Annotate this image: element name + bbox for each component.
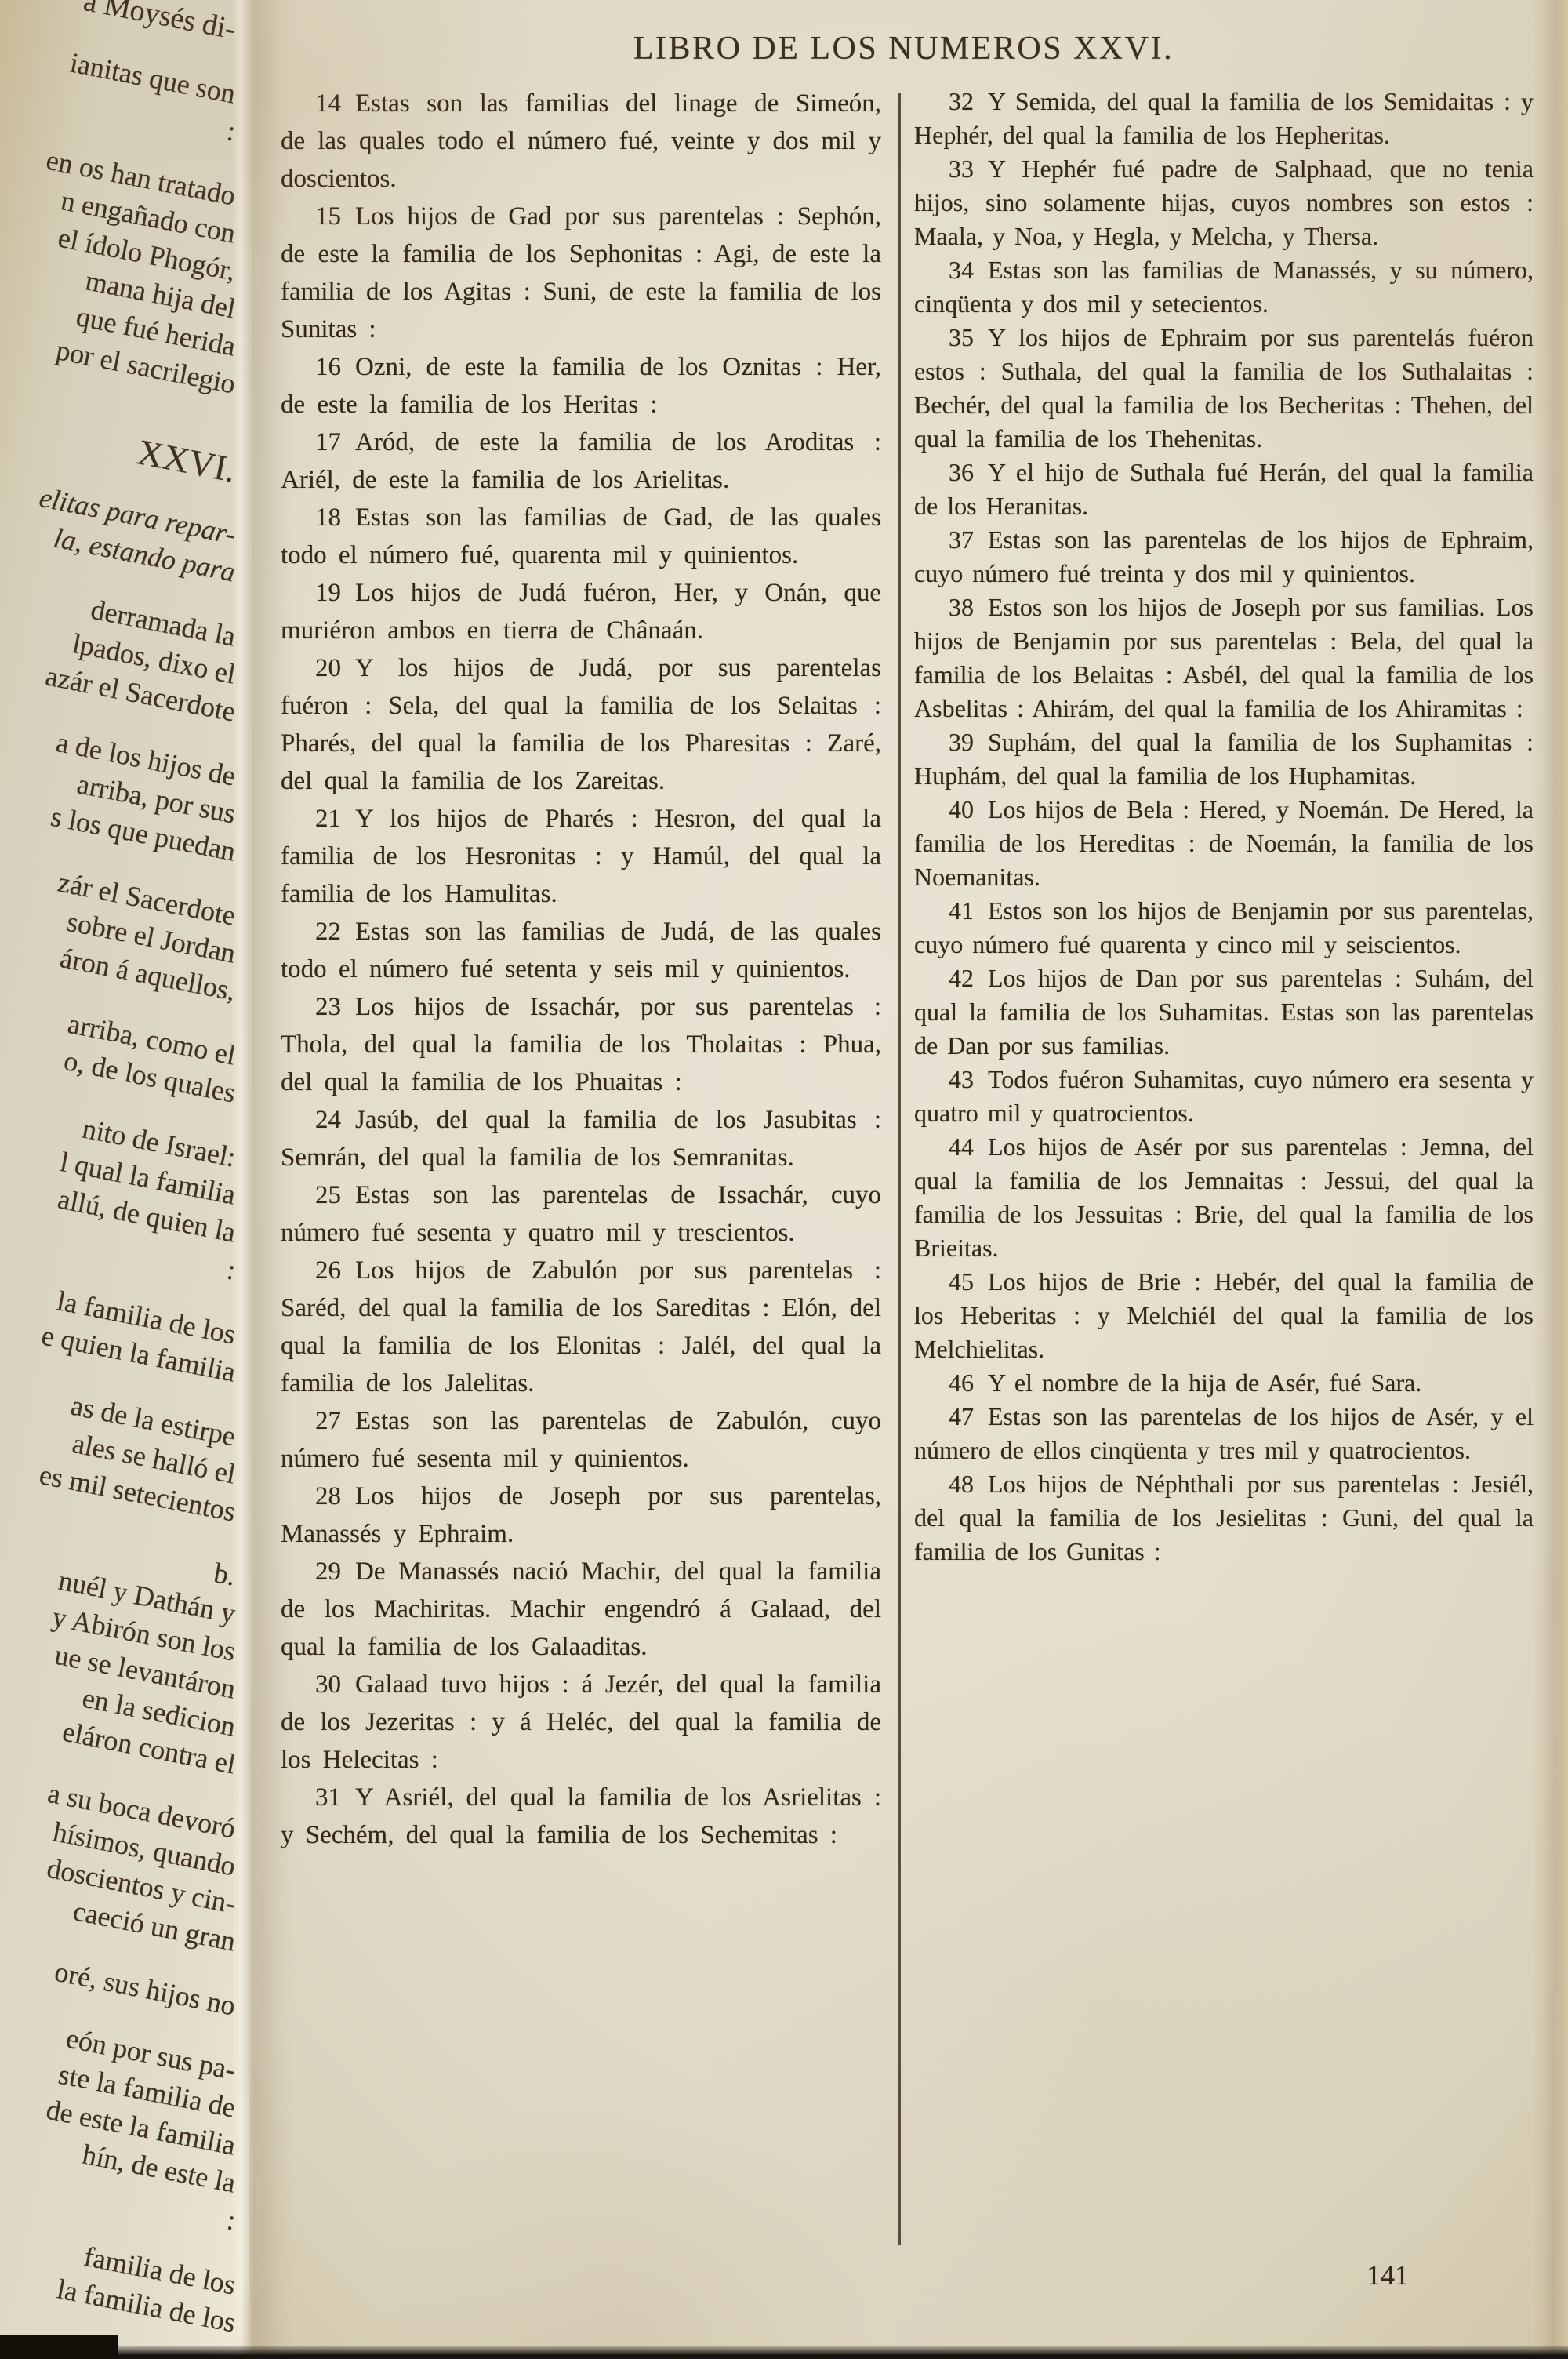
verse-number: 27 (315, 1407, 341, 1435)
verse-number: 23 (315, 993, 341, 1021)
verse: 36Y el hijo de Suthala fué Herán, del qu… (914, 456, 1534, 523)
margin-fragment-group: nito de Israel:l qual la familiaallú, de… (0, 1139, 235, 1289)
page-number: 141 (1333, 2259, 1443, 2292)
verse-number: 18 (315, 503, 341, 532)
verse: 19Los hijos de Judá fuéron, Her, y Onán,… (281, 574, 881, 649)
margin-fragment-group: b.nuél y Dathán yy Abirón son losue se l… (0, 1558, 235, 1783)
verse: 46Y el nombre de la hija de Asér, fué Sa… (914, 1366, 1534, 1400)
verse-text: Los hijos de Dan por sus parentelas : Su… (914, 964, 1534, 1060)
verse: 20Y los hijos de Judá, por sus parentela… (281, 649, 881, 800)
verse-text: Estas son las familias de Manassés, y su… (914, 256, 1534, 318)
verse-number: 46 (949, 1369, 974, 1397)
verse-text: Los hijos de Asér por sus parentelas : J… (914, 1132, 1534, 1262)
column-divider-rule (898, 93, 901, 2245)
scanned-book-page-photo: a Moysés di-ianitas que son:en os han tr… (0, 0, 1568, 2359)
running-header: LIBRO DE LOS NUMEROS XXVI. (267, 30, 1541, 67)
verse: 15Los hijos de Gad por sus parentelas : … (281, 198, 881, 348)
verse: 33Y Hephér fué padre de Salphaad, que no… (914, 152, 1534, 253)
verse-text: Los hijos de Joseph por sus parentelas, … (281, 1482, 881, 1548)
verse: 37Estas son las parentelas de los hijos … (914, 523, 1534, 591)
verse-text: Los hijos de Gad por sus parentelas : Se… (281, 202, 881, 343)
page-right-edge (1532, 0, 1568, 2359)
verse: 43Todos fuéron Suhamitas, cuyo número er… (914, 1063, 1534, 1130)
margin-fragment-group: eón por sus pa-ste la familia dede este … (0, 2052, 235, 2240)
verse-text: Aród, de este la familia de los Aroditas… (281, 428, 881, 494)
verse: 28Los hijos de Joseph por sus parentelas… (281, 1478, 881, 1553)
margin-fragment-group: familia de losla familia de los (0, 2266, 235, 2342)
verse: 29De Manassés nació Machir, del qual la … (281, 1553, 881, 1666)
verse-number: 29 (315, 1558, 341, 1586)
text-column-right: 32Y Semida, del qual la familia de los S… (914, 85, 1534, 1568)
verse-number: 34 (949, 256, 974, 284)
verse: 35Y los hijos de Ephraim por sus parente… (914, 321, 1534, 456)
previous-page-text-fragments: a Moysés di-ianitas que son:en os han tr… (0, 11, 249, 2342)
verse-number: 32 (949, 87, 974, 115)
verse-number: 21 (315, 805, 341, 833)
text-column-left: 14Estas son las familias del linage de S… (281, 85, 881, 1854)
verse-text: Y Semida, del qual la familia de los Sem… (914, 87, 1534, 149)
verse-number: 48 (949, 1470, 974, 1498)
verse-text: Estas son las parentelas de Issachár, cu… (281, 1181, 881, 1247)
verse: 32Y Semida, del qual la familia de los S… (914, 85, 1534, 152)
verse-text: Y los hijos de Pharés : Hesron, del qual… (281, 805, 881, 908)
verse-number: 16 (315, 353, 341, 381)
verse-text: Estas son las parentelas de los hijos de… (914, 525, 1534, 587)
verse: 16Ozni, de este la familia de los Oznita… (281, 348, 881, 423)
verse: 23Los hijos de Issachár, por sus parente… (281, 988, 881, 1101)
verse: 21Y los hijos de Pharés : Hesron, del qu… (281, 800, 881, 913)
verse-text: Y los hijos de Judá, por sus parentelas … (281, 654, 881, 795)
verse: 39Suphám, del qual la familia de los Sup… (914, 725, 1534, 793)
margin-fragment-group: zár el Sacerdotesobre el Jordanáron á aq… (0, 897, 235, 1010)
verse-number: 41 (949, 896, 974, 925)
verse-number: 24 (315, 1106, 341, 1134)
verse-number: 31 (315, 1783, 341, 1812)
verse-text: Galaad tuvo hijos : á Jezér, del qual la… (281, 1670, 881, 1774)
verse-text: Y Asriél, del qual la familia de los Asr… (281, 1783, 881, 1849)
verse: 41Estos son los hijos de Benjamin por su… (914, 894, 1534, 961)
verse-text: Y Hephér fué padre de Salphaad, que no t… (914, 154, 1534, 250)
verse: 26Los hijos de Zabulón por sus parentela… (281, 1252, 881, 1402)
verse-number: 40 (949, 795, 974, 823)
verse-number: 19 (315, 579, 341, 607)
verse-text: Los hijos de Zabulón por sus parentelas … (281, 1256, 881, 1398)
verse-text: Estas son las familias de Gad, de las qu… (281, 503, 881, 569)
verse: 47Estas son las parentelas de los hijos … (914, 1400, 1534, 1467)
verse-text: Estas son las parentelas de Zabulón, cuy… (281, 1407, 881, 1473)
verse-text: Y el hijo de Suthala fué Herán, del qual… (914, 458, 1534, 520)
verse-number: 26 (315, 1256, 341, 1285)
verse: 48Los hijos de Néphthali por sus parente… (914, 1467, 1534, 1568)
verse-text: Los hijos de Néphthali por sus parentela… (914, 1470, 1534, 1565)
verse: 45Los hijos de Brie : Hebér, del qual la… (914, 1265, 1534, 1366)
verse-text: Estos son los hijos de Benjamin por sus … (914, 896, 1534, 958)
verse-text: Estas son las parentelas de los hijos de… (914, 1402, 1534, 1464)
verse-number: 44 (949, 1132, 974, 1161)
verse-number: 28 (315, 1482, 341, 1510)
verse: 38Estos son los hijos de Joseph por sus … (914, 591, 1534, 725)
margin-fragment-group: en os han tratadon engañado conel ídolo … (0, 177, 235, 403)
verse-text: Todos fuéron Suhamitas, cuyo número era … (914, 1065, 1534, 1127)
verse: 44Los hijos de Asér por sus parentelas :… (914, 1130, 1534, 1265)
verse-text: Estas son las familias de Judá, de las q… (281, 918, 881, 983)
verse-number: 25 (315, 1181, 341, 1209)
verse-text: Estos son los hijos de Joseph por sus fa… (914, 593, 1534, 722)
verse-number: 45 (949, 1267, 974, 1296)
photo-bottom-edge (0, 2346, 1568, 2359)
verse-number: 47 (949, 1402, 974, 1430)
verse-text: De Manassés nació Machir, del qual la fa… (281, 1558, 881, 1661)
verse: 27Estas son las parentelas de Zabulón, c… (281, 1402, 881, 1478)
verse-number: 36 (949, 458, 974, 486)
verse-text: Y los hijos de Ephraim por sus parentelá… (914, 323, 1534, 453)
verse-text: Los hijos de Brie : Hebér, del qual la f… (914, 1267, 1534, 1363)
margin-fragment-group: a de los hijos dearriba, por suss los qu… (0, 758, 235, 871)
verse-number: 14 (315, 89, 341, 118)
verse-text: Estas son las familias del linage de Sim… (281, 89, 881, 193)
margin-fragment-group: as de la estirpeales se halló eles mil s… (0, 1418, 235, 1531)
verse-text: Suphám, del qual la familia de los Supha… (914, 728, 1534, 790)
verse-text: Jasúb, del qual la familia de los Jasubi… (281, 1106, 881, 1172)
margin-fragment-line: XXVI. (0, 399, 239, 489)
verse-number: 43 (949, 1065, 974, 1093)
verse: 24Jasúb, del qual la familia de los Jasu… (281, 1101, 881, 1176)
verse: 30Galaad tuvo hijos : á Jezér, del qual … (281, 1666, 881, 1779)
verse-text: Ozni, de este la familia de los Oznitas … (281, 353, 881, 419)
verse: 17Aród, de este la familia de los Arodit… (281, 423, 881, 499)
verse-text: Los hijos de Issachár, por sus parentela… (281, 993, 881, 1096)
verse-number: 42 (949, 964, 974, 992)
photo-bottom-left-corner (0, 2335, 118, 2359)
previous-page-curled-edge: a Moysés di-ianitas que son:en os han tr… (0, 0, 249, 2359)
verse: 14Estas son las familias del linage de S… (281, 85, 881, 198)
verse-number: 39 (949, 728, 974, 756)
verse-number: 22 (315, 918, 341, 946)
verse-number: 35 (949, 323, 974, 351)
verse: 40Los hijos de Bela : Hered, y Noemán. D… (914, 793, 1534, 894)
verse: 42Los hijos de Dan por sus parentelas : … (914, 961, 1534, 1063)
margin-fragment-group: derramada lalpados, dixo elazár el Sacer… (0, 618, 235, 731)
verse: 34Estas son las familias de Manassés, y … (914, 253, 1534, 321)
verse: 22Estas son las familias de Judá, de las… (281, 913, 881, 988)
verse: 31Y Asriél, del qual la familia de los A… (281, 1779, 881, 1854)
verse-number: 30 (315, 1670, 341, 1699)
verse-number: 38 (949, 593, 974, 621)
verse-number: 20 (315, 654, 341, 682)
verse-number: 15 (315, 202, 341, 231)
margin-fragment-group: a su boca devoróhísimos, quandodosciento… (0, 1810, 235, 1961)
verse-number: 33 (949, 154, 974, 183)
verse: 18Estas son las familias de Gad, de las … (281, 499, 881, 574)
verse-text: Y el nombre de la hija de Asér, fué Sara… (988, 1369, 1421, 1397)
verse: 25Estas son las parentelas de Issachár, … (281, 1176, 881, 1252)
verse-number: 17 (315, 428, 341, 456)
verse-text: Los hijos de Bela : Hered, y Noemán. De … (914, 795, 1534, 891)
verse-number: 37 (949, 525, 974, 554)
verse-text: Los hijos de Judá fuéron, Her, y Onán, q… (281, 579, 881, 645)
